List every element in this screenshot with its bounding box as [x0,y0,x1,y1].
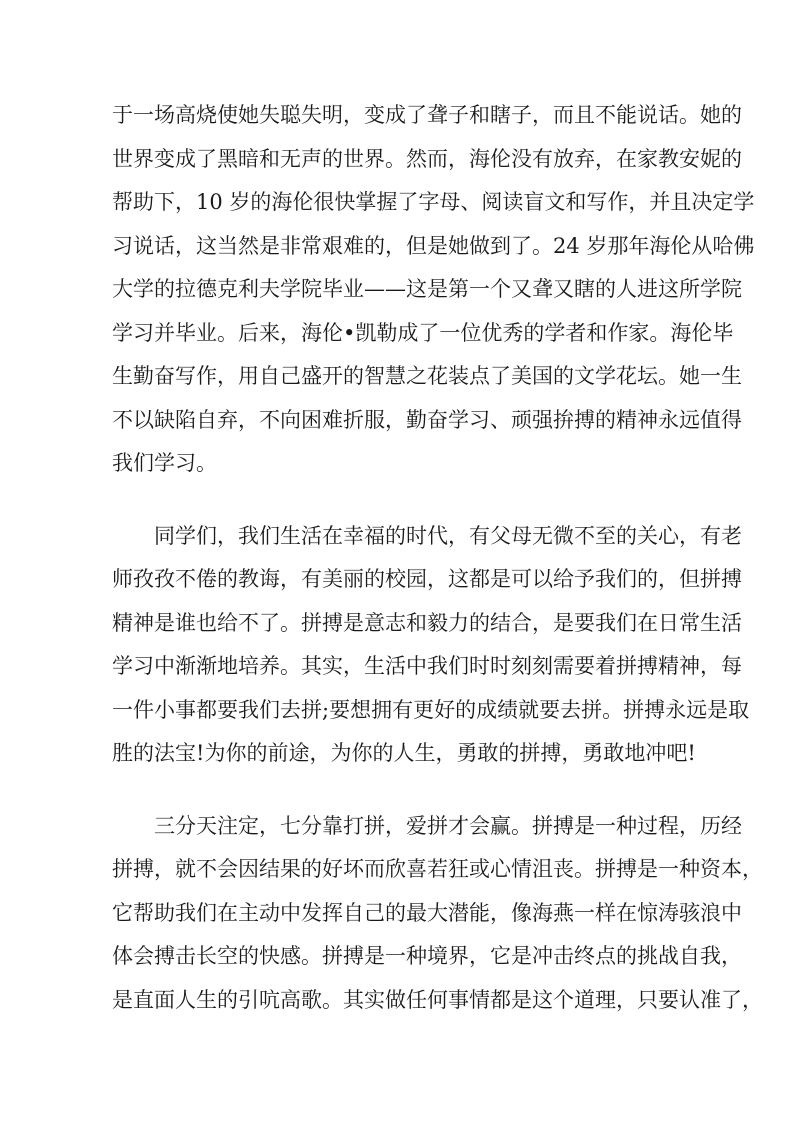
text-line: 师孜孜不倦的教诲，有美丽的校园，这都是可以给予我们的，但拼搏 [112,558,680,602]
paragraph-helen-keller-story: 于一场高烧使她失聪失明，变成了聋子和瞎子，而且不能说话。她的世界变成了黑暗和无声… [112,94,680,486]
paragraph-students-striving-spirit: 同学们，我们生活在幸福的时代，有父母无微不至的关心，有老师孜孜不倦的教诲，有美丽… [112,515,680,776]
text-line: 学习中渐渐地培养。其实，生活中我们时时刻刻需要着拼搏精神，每 [112,645,680,689]
text-line: 体会搏击长空的快感。拼搏是一种境界，它是冲击终点的挑战自我， [112,935,680,979]
paragraph-striving-meaning: 三分天注定，七分靠打拼，爱拼才会赢。拼搏是一种过程，历经拼搏，就不会因结果的好坏… [112,805,680,1023]
text-line: 不以缺陷自弃，不向困难折服，勤奋学习、顽强拚搏的精神永远值得 [112,399,680,443]
text-line: 帮助下，10 岁的海伦很快掌握了字母、阅读盲文和写作，并且决定学 [112,181,680,225]
text-line: 三分天注定，七分靠打拼，爱拼才会赢。拼搏是一种过程，历经 [112,805,680,849]
text-line: 习说话，这当然是非常艰难的，但是她做到了。24 岁那年海伦从哈佛 [112,225,680,269]
text-line: 是直面人生的引吭高歌。其实做任何事情都是这个道理，只要认准了， [112,979,680,1023]
text-line: 拼搏，就不会因结果的好坏而欣喜若狂或心情沮丧。拼搏是一种资本， [112,848,680,892]
page-background: 于一场高烧使她失聪失明，变成了聋子和瞎子，而且不能说话。她的世界变成了黑暗和无声… [0,0,793,1122]
text-line: 同学们，我们生活在幸福的时代，有父母无微不至的关心，有老 [112,515,680,559]
text-line: 世界变成了黑暗和无声的世界。然而，海伦没有放弃，在家教安妮的 [112,138,680,182]
text-line: 精神是谁也给不了。拼搏是意志和毅力的结合，是要我们在日常生活 [112,602,680,646]
text-line: 一件小事都要我们去拼;要想拥有更好的成绩就要去拼。拼搏永远是取 [112,689,680,733]
text-line: 大学的拉德克利夫学院毕业——这是第一个又聋又瞎的人进这所学院 [112,268,680,312]
text-line: 于一场高烧使她失聪失明，变成了聋子和瞎子，而且不能说话。她的 [112,94,680,138]
document-body: 于一场高烧使她失聪失明，变成了聋子和瞎子，而且不能说话。她的世界变成了黑暗和无声… [112,94,680,1022]
text-line: 学习并毕业。后来，海伦•凯勒成了一位优秀的学者和作家。海伦毕 [112,312,680,356]
text-line: 胜的法宝!为你的前途，为你的人生，勇敢的拼搏，勇敢地冲吧! [112,732,680,776]
text-line: 生勤奋写作，用自己盛开的智慧之花装点了美国的文学花坛。她一生 [112,355,680,399]
text-line: 我们学习。 [112,442,680,486]
text-line: 它帮助我们在主动中发挥自己的最大潜能，像海燕一样在惊涛骇浪中 [112,892,680,936]
document-page: { "page": { "background_color": "#ffffff… [0,0,793,1122]
